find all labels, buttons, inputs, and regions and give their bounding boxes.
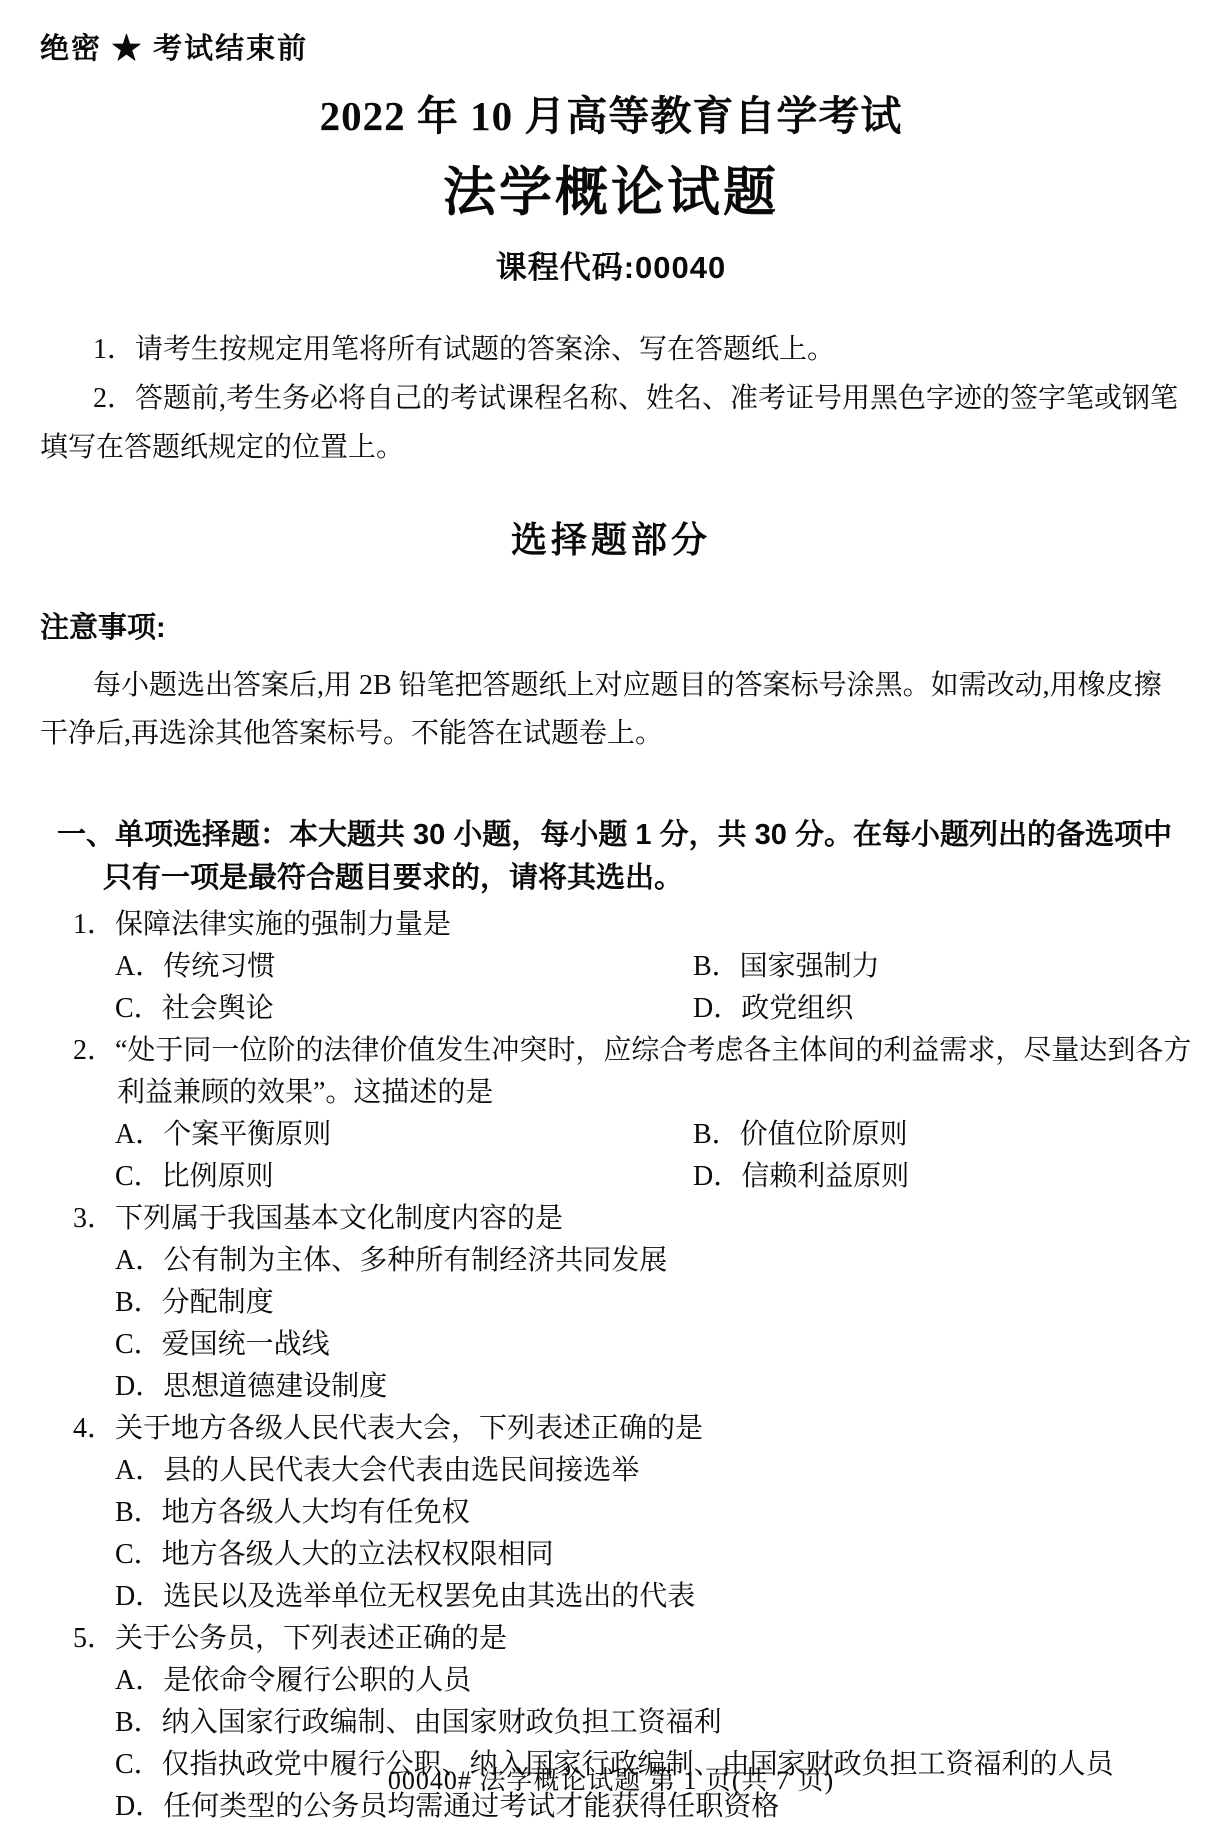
question-4-option-c: C．地方各级人大的立法权权限相同	[115, 1534, 1197, 1576]
notes-heading: 注意事项:	[40, 605, 1222, 646]
question-1-option-a: A．传统习惯	[115, 946, 693, 988]
notes-body: 每小题选出答案后,用 2B 铅笔把答题纸上对应题目的答案标号涂黑。如需改动,用橡…	[40, 662, 1182, 758]
question-3: 3．下列属于我国基本文化制度内容的是 A．公有制为主体、多种所有制经济共同发展 …	[73, 1198, 1197, 1408]
question-1-stem: 1．保障法律实施的强制力量是	[73, 904, 1197, 946]
instruction-item-2: 2．答题前,考生务必将自己的考试课程名称、姓名、准考证号用黑色字迹的签字笔或钢笔…	[40, 374, 1182, 472]
question-4-option-b: B．地方各级人大均有任免权	[115, 1492, 1197, 1534]
question-1-options: A．传统习惯 B．国家强制力 C．社会舆论 D．政党组织	[115, 946, 1197, 1030]
general-instructions: 1．请考生按规定用笔将所有试题的答案涂、写在答题纸上。 2．答题前,考生务必将自…	[40, 325, 1182, 472]
question-4: 4．关于地方各级人民代表大会，下列表述正确的是 A．县的人民代表大会代表由选民间…	[73, 1408, 1197, 1618]
question-5-options: A．是依命令履行公职的人员 B．纳入国家行政编制、由国家财政负担工资福利 C．仅…	[115, 1660, 1197, 1828]
section-title: 选择题部分	[0, 512, 1222, 563]
question-2: 2．“处于同一位阶的法律价值发生冲突时，应综合考虑各主体间的利益需求，尽量达到各…	[73, 1030, 1197, 1198]
question-5-option-b: B．纳入国家行政编制、由国家财政负担工资福利	[115, 1702, 1197, 1744]
question-5-option-a: A．是依命令履行公职的人员	[115, 1660, 1197, 1702]
question-3-option-d: D．思想道德建设制度	[115, 1366, 1197, 1408]
question-2-option-b: B．价值位阶原则	[693, 1114, 1197, 1156]
question-list: 1．保障法律实施的强制力量是 A．传统习惯 B．国家强制力 C．社会舆论 D．政…	[73, 904, 1197, 1828]
question-1-option-c: C．社会舆论	[115, 988, 693, 1030]
exam-paper-page: 绝密 ★ 考试结束前 2022 年 10 月高等教育自学考试 法学概论试题 课程…	[0, 0, 1222, 1829]
question-1-option-b: B．国家强制力	[693, 946, 1197, 988]
question-2-options: A．个案平衡原则 B．价值位阶原则 C．比例原则 D．信赖利益原则	[115, 1114, 1197, 1198]
question-2-option-d: D．信赖利益原则	[693, 1156, 1197, 1198]
instruction-item-1: 1．请考生按规定用笔将所有试题的答案涂、写在答题纸上。	[40, 325, 1182, 374]
question-1-option-d: D．政党组织	[693, 988, 1197, 1030]
part-one-heading: 一、单项选择题：本大题共 30 小题，每小题 1 分，共 30 分。在每小题列出…	[57, 814, 1197, 900]
question-2-option-c: C．比例原则	[115, 1156, 693, 1198]
page-footer: 00040# 法学概论试题 第 1 页(共 7 页)	[0, 1760, 1222, 1797]
question-4-option-a: A．县的人民代表大会代表由选民间接选举	[115, 1450, 1197, 1492]
question-2-option-a: A．个案平衡原则	[115, 1114, 693, 1156]
question-4-option-d: D．选民以及选举单位无权罢免由其选出的代表	[115, 1576, 1197, 1618]
question-3-stem: 3．下列属于我国基本文化制度内容的是	[73, 1198, 1197, 1240]
question-4-stem: 4．关于地方各级人民代表大会，下列表述正确的是	[73, 1408, 1197, 1450]
question-1: 1．保障法律实施的强制力量是 A．传统习惯 B．国家强制力 C．社会舆论 D．政…	[73, 904, 1197, 1030]
question-4-options: A．县的人民代表大会代表由选民间接选举 B．地方各级人大均有任免权 C．地方各级…	[115, 1450, 1197, 1618]
question-3-options: A．公有制为主体、多种所有制经济共同发展 B．分配制度 C．爱国统一战线 D．思…	[115, 1240, 1197, 1408]
question-5-stem: 5．关于公务员，下列表述正确的是	[73, 1618, 1197, 1660]
exam-subject-title: 法学概论试题	[0, 150, 1222, 226]
security-classification: 绝密 ★ 考试结束前	[40, 26, 1222, 67]
course-code: 课程代码:00040	[0, 242, 1222, 287]
question-2-stem: 2．“处于同一位阶的法律价值发生冲突时，应综合考虑各主体间的利益需求，尽量达到各…	[73, 1030, 1197, 1114]
question-3-option-c: C．爱国统一战线	[115, 1324, 1197, 1366]
question-3-option-b: B．分配制度	[115, 1282, 1197, 1324]
exam-session-title: 2022 年 10 月高等教育自学考试	[0, 83, 1222, 142]
question-3-option-a: A．公有制为主体、多种所有制经济共同发展	[115, 1240, 1197, 1282]
